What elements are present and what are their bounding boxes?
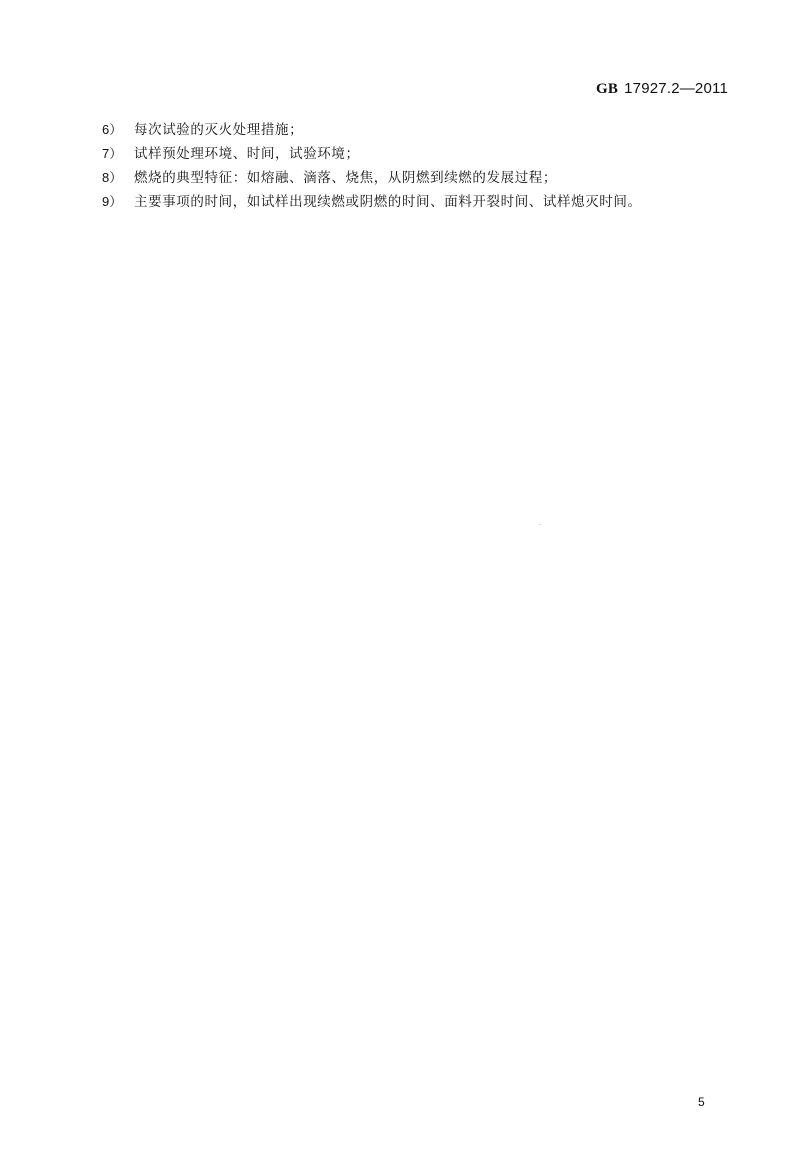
list-item: 9） 主要事项的时间，如试样出现续燃或阴燃的时间、面料开裂时间、试样熄灭时间。 <box>102 190 642 214</box>
list-item-number: 9） <box>102 190 134 214</box>
standard-prefix: GB <box>596 81 618 97</box>
report-items-list: 6） 每次试验的灭火处理措施； 7） 试样预处理环境、时间，试验环境； 8） 燃… <box>102 118 642 214</box>
list-item: 7） 试样预处理环境、时间，试验环境； <box>102 142 642 166</box>
list-item-number: 6） <box>102 118 134 142</box>
list-item-text: 每次试验的灭火处理措施； <box>134 118 303 142</box>
standard-number: 17927.2—2011 <box>624 80 728 97</box>
list-item-number: 8） <box>102 166 134 190</box>
list-item: 6） 每次试验的灭火处理措施； <box>102 118 642 142</box>
document-page: GB17927.2—2011 6） 每次试验的灭火处理措施； 7） 试样预处理环… <box>0 0 800 1167</box>
standard-header: GB17927.2—2011 <box>596 80 728 98</box>
list-item: 8） 燃烧的典型特征：如熔融、滴落、烧焦，从阴燃到续燃的发展过程； <box>102 166 642 190</box>
scan-speck <box>539 524 541 525</box>
list-item-text: 燃烧的典型特征：如熔融、滴落、烧焦，从阴燃到续燃的发展过程； <box>134 166 557 190</box>
list-item-number: 7） <box>102 142 134 166</box>
list-item-text: 主要事项的时间，如试样出现续燃或阴燃的时间、面料开裂时间、试样熄灭时间。 <box>134 190 642 214</box>
list-item-text: 试样预处理环境、时间，试验环境； <box>134 142 360 166</box>
page-number: 5 <box>698 1095 705 1109</box>
